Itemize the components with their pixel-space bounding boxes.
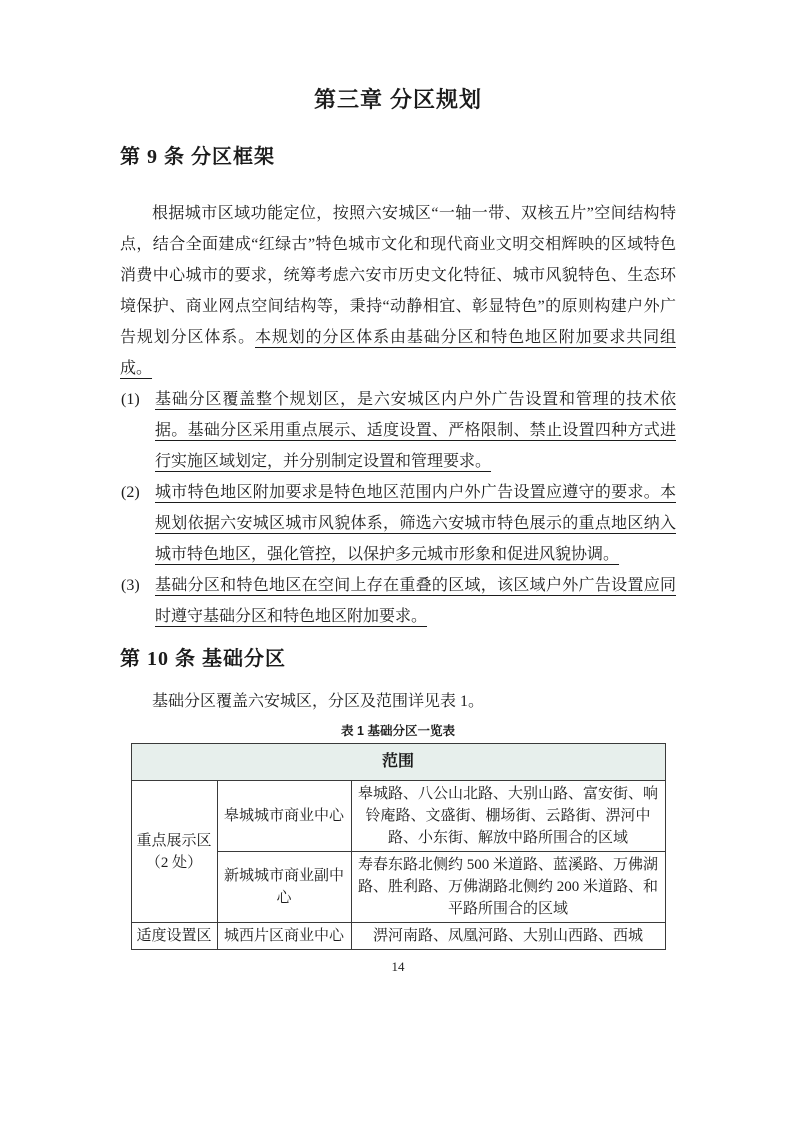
section-10-heading: 第 10 条 基础分区	[120, 646, 676, 672]
list-item-3: (3) 基础分区和特色地区在空间上存在重叠的区域，该区域户外广告设置应同时遵守基…	[120, 570, 676, 632]
chapter-title: 第三章 分区规划	[120, 86, 676, 114]
list-item-1-text: 基础分区覆盖整个规划区，是六安城区内户外广告设置和管理的技术依据。基础分区采用重…	[155, 391, 676, 470]
zone-cell-moderate: 适度设置区	[131, 923, 217, 950]
list-item-1-marker: (1)	[121, 384, 140, 415]
table-row: 重点展示区（2 处） 皋城城市商业中心 皋城路、八公山北路、大别山路、富安街、响…	[131, 781, 665, 852]
list-item-1: (1) 基础分区覆盖整个规划区，是六安城区内户外广告设置和管理的技术依据。基础分…	[120, 384, 676, 477]
table-header-row: 范围	[131, 744, 665, 781]
list-item-2: (2) 城市特色地区附加要求是特色地区范围内户外广告设置应遵守的要求。本规划依据…	[120, 477, 676, 570]
name-cell-chengxi-center: 城西片区商业中心	[217, 923, 351, 950]
name-cell-gaocheng-center: 皋城城市商业中心	[217, 781, 351, 852]
list-item-3-text: 基础分区和特色地区在空间上存在重叠的区域，该区域户外广告设置应同时遵守基础分区和…	[155, 577, 676, 625]
document-page: 第三章 分区规划 第 9 条 分区框架 根据城市区域功能定位，按照六安城区“一轴…	[0, 0, 794, 1122]
section-9-heading: 第 9 条 分区框架	[120, 144, 676, 170]
zone-cell-key-display: 重点展示区（2 处）	[131, 781, 217, 923]
scope-cell-gaocheng-center: 皋城路、八公山北路、大别山路、富安街、响铃庵路、文盛街、棚场街、云路街、淠河中路…	[351, 781, 665, 852]
list-item-2-marker: (2)	[121, 477, 140, 508]
list-item-2-text: 城市特色地区附加要求是特色地区范围内户外广告设置应遵守的要求。本规划依据六安城区…	[155, 484, 676, 563]
table-row: 适度设置区 城西片区商业中心 淠河南路、凤凰河路、大别山西路、西城	[131, 923, 665, 950]
name-cell-xincheng-subcenter: 新城城市商业副中心	[217, 852, 351, 923]
section-9-intro: 根据城市区域功能定位，按照六安城区“一轴一带、双核五片”空间结构特点，结合全面建…	[120, 198, 676, 384]
list-item-3-marker: (3)	[121, 570, 140, 601]
table-header-cell: 范围	[131, 744, 665, 781]
page-number: 14	[120, 959, 676, 975]
section-10-intro: 基础分区覆盖六安城区，分区及范围详见表 1。	[120, 686, 676, 717]
table-caption: 表 1 基础分区一览表	[120, 723, 676, 739]
scope-cell-chengxi-center: 淠河南路、凤凰河路、大别山西路、西城	[351, 923, 665, 950]
scope-cell-xincheng-subcenter: 寿春东路北侧约 500 米道路、蓝溪路、万佛湖路、胜利路、万佛湖路北侧约 200…	[351, 852, 665, 923]
base-zoning-table: 范围 重点展示区（2 处） 皋城城市商业中心 皋城路、八公山北路、大别山路、富安…	[131, 743, 666, 950]
section-9-intro-normal: 根据城市区域功能定位，按照六安城区“一轴一带、双核五片”空间结构特点，结合全面建…	[120, 205, 676, 346]
